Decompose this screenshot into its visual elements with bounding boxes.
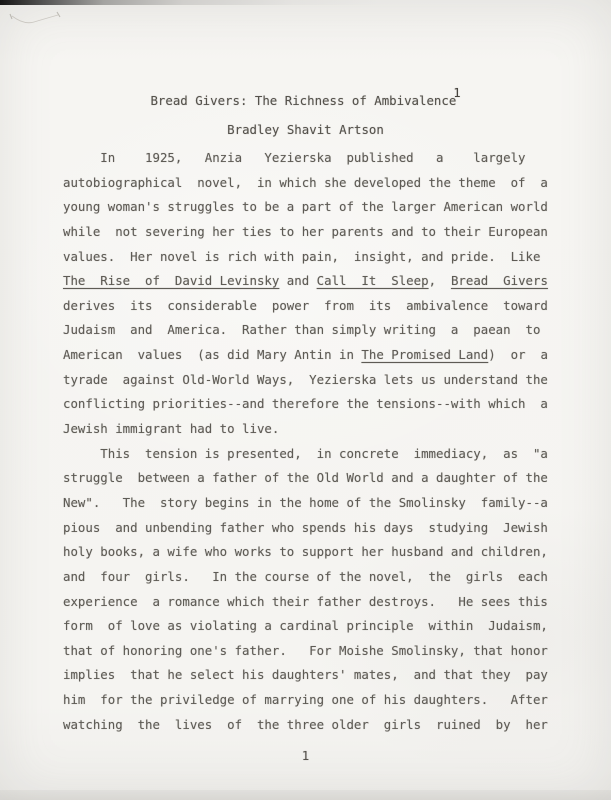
- pencil-mark: [6, 9, 68, 31]
- body-line: The Rise of David Levinsky and Call It S…: [63, 269, 548, 294]
- body-line: Judaism and America. Rather than simply …: [63, 318, 548, 343]
- body-line: This tension is presented, in concrete i…: [63, 442, 548, 467]
- page-number: 1: [0, 748, 611, 763]
- body-line: derives its considerable power from its …: [63, 294, 548, 319]
- essay-title: Bread Givers: The Richness of Ambivalenc…: [0, 87, 611, 116]
- body-line: In 1925, Anzia Yezierska published a lar…: [63, 146, 548, 171]
- title-block: Bread Givers: The Richness of Ambivalenc…: [0, 87, 611, 143]
- footnote-superscript: 1: [453, 86, 460, 100]
- body-line: New". The story begins in the home of th…: [63, 491, 548, 516]
- body-line: American values (as did Mary Antin in Th…: [63, 343, 548, 368]
- body-line: young woman's struggles to be a part of …: [63, 195, 548, 220]
- body-line: tyrade against Old-World Ways, Yezierska…: [63, 368, 548, 393]
- body-line: experience a romance which their father …: [63, 590, 548, 615]
- body-line: conflicting priorities--and therefore th…: [63, 392, 548, 417]
- body-line: implies that he select his daughters' ma…: [63, 663, 548, 688]
- body-line: autobiographical novel, in which she dev…: [63, 171, 548, 196]
- body-line: watching the lives of the three older gi…: [63, 713, 548, 738]
- body-line: values. Her novel is rich with pain, ins…: [63, 245, 548, 270]
- essay-title-text: Bread Givers: The Richness of Ambivalenc…: [150, 93, 456, 108]
- body-line: that of honoring one's father. For Moish…: [63, 639, 548, 664]
- scan-edge-bottom: [0, 790, 611, 800]
- body-line: Jewish immigrant had to live.: [63, 417, 548, 442]
- author-name: Bradley Shavit Artson: [0, 116, 611, 144]
- body-line: and four girls. In the course of the nov…: [63, 565, 548, 590]
- body-line: while not severing her ties to her paren…: [63, 220, 548, 245]
- body-line: form of love as violating a cardinal pri…: [63, 614, 548, 639]
- scanned-document-page: Bread Givers: The Richness of Ambivalenc…: [0, 0, 611, 800]
- body-line: holy books, a wife who works to support …: [63, 540, 548, 565]
- body-line: him for the priviledge of marrying one o…: [63, 688, 548, 713]
- document-body: In 1925, Anzia Yezierska published a lar…: [63, 146, 548, 737]
- scan-edge-shadow: [0, 0, 611, 5]
- body-line: pious and unbending father who spends hi…: [63, 516, 548, 541]
- body-line: struggle between a father of the Old Wor…: [63, 466, 548, 491]
